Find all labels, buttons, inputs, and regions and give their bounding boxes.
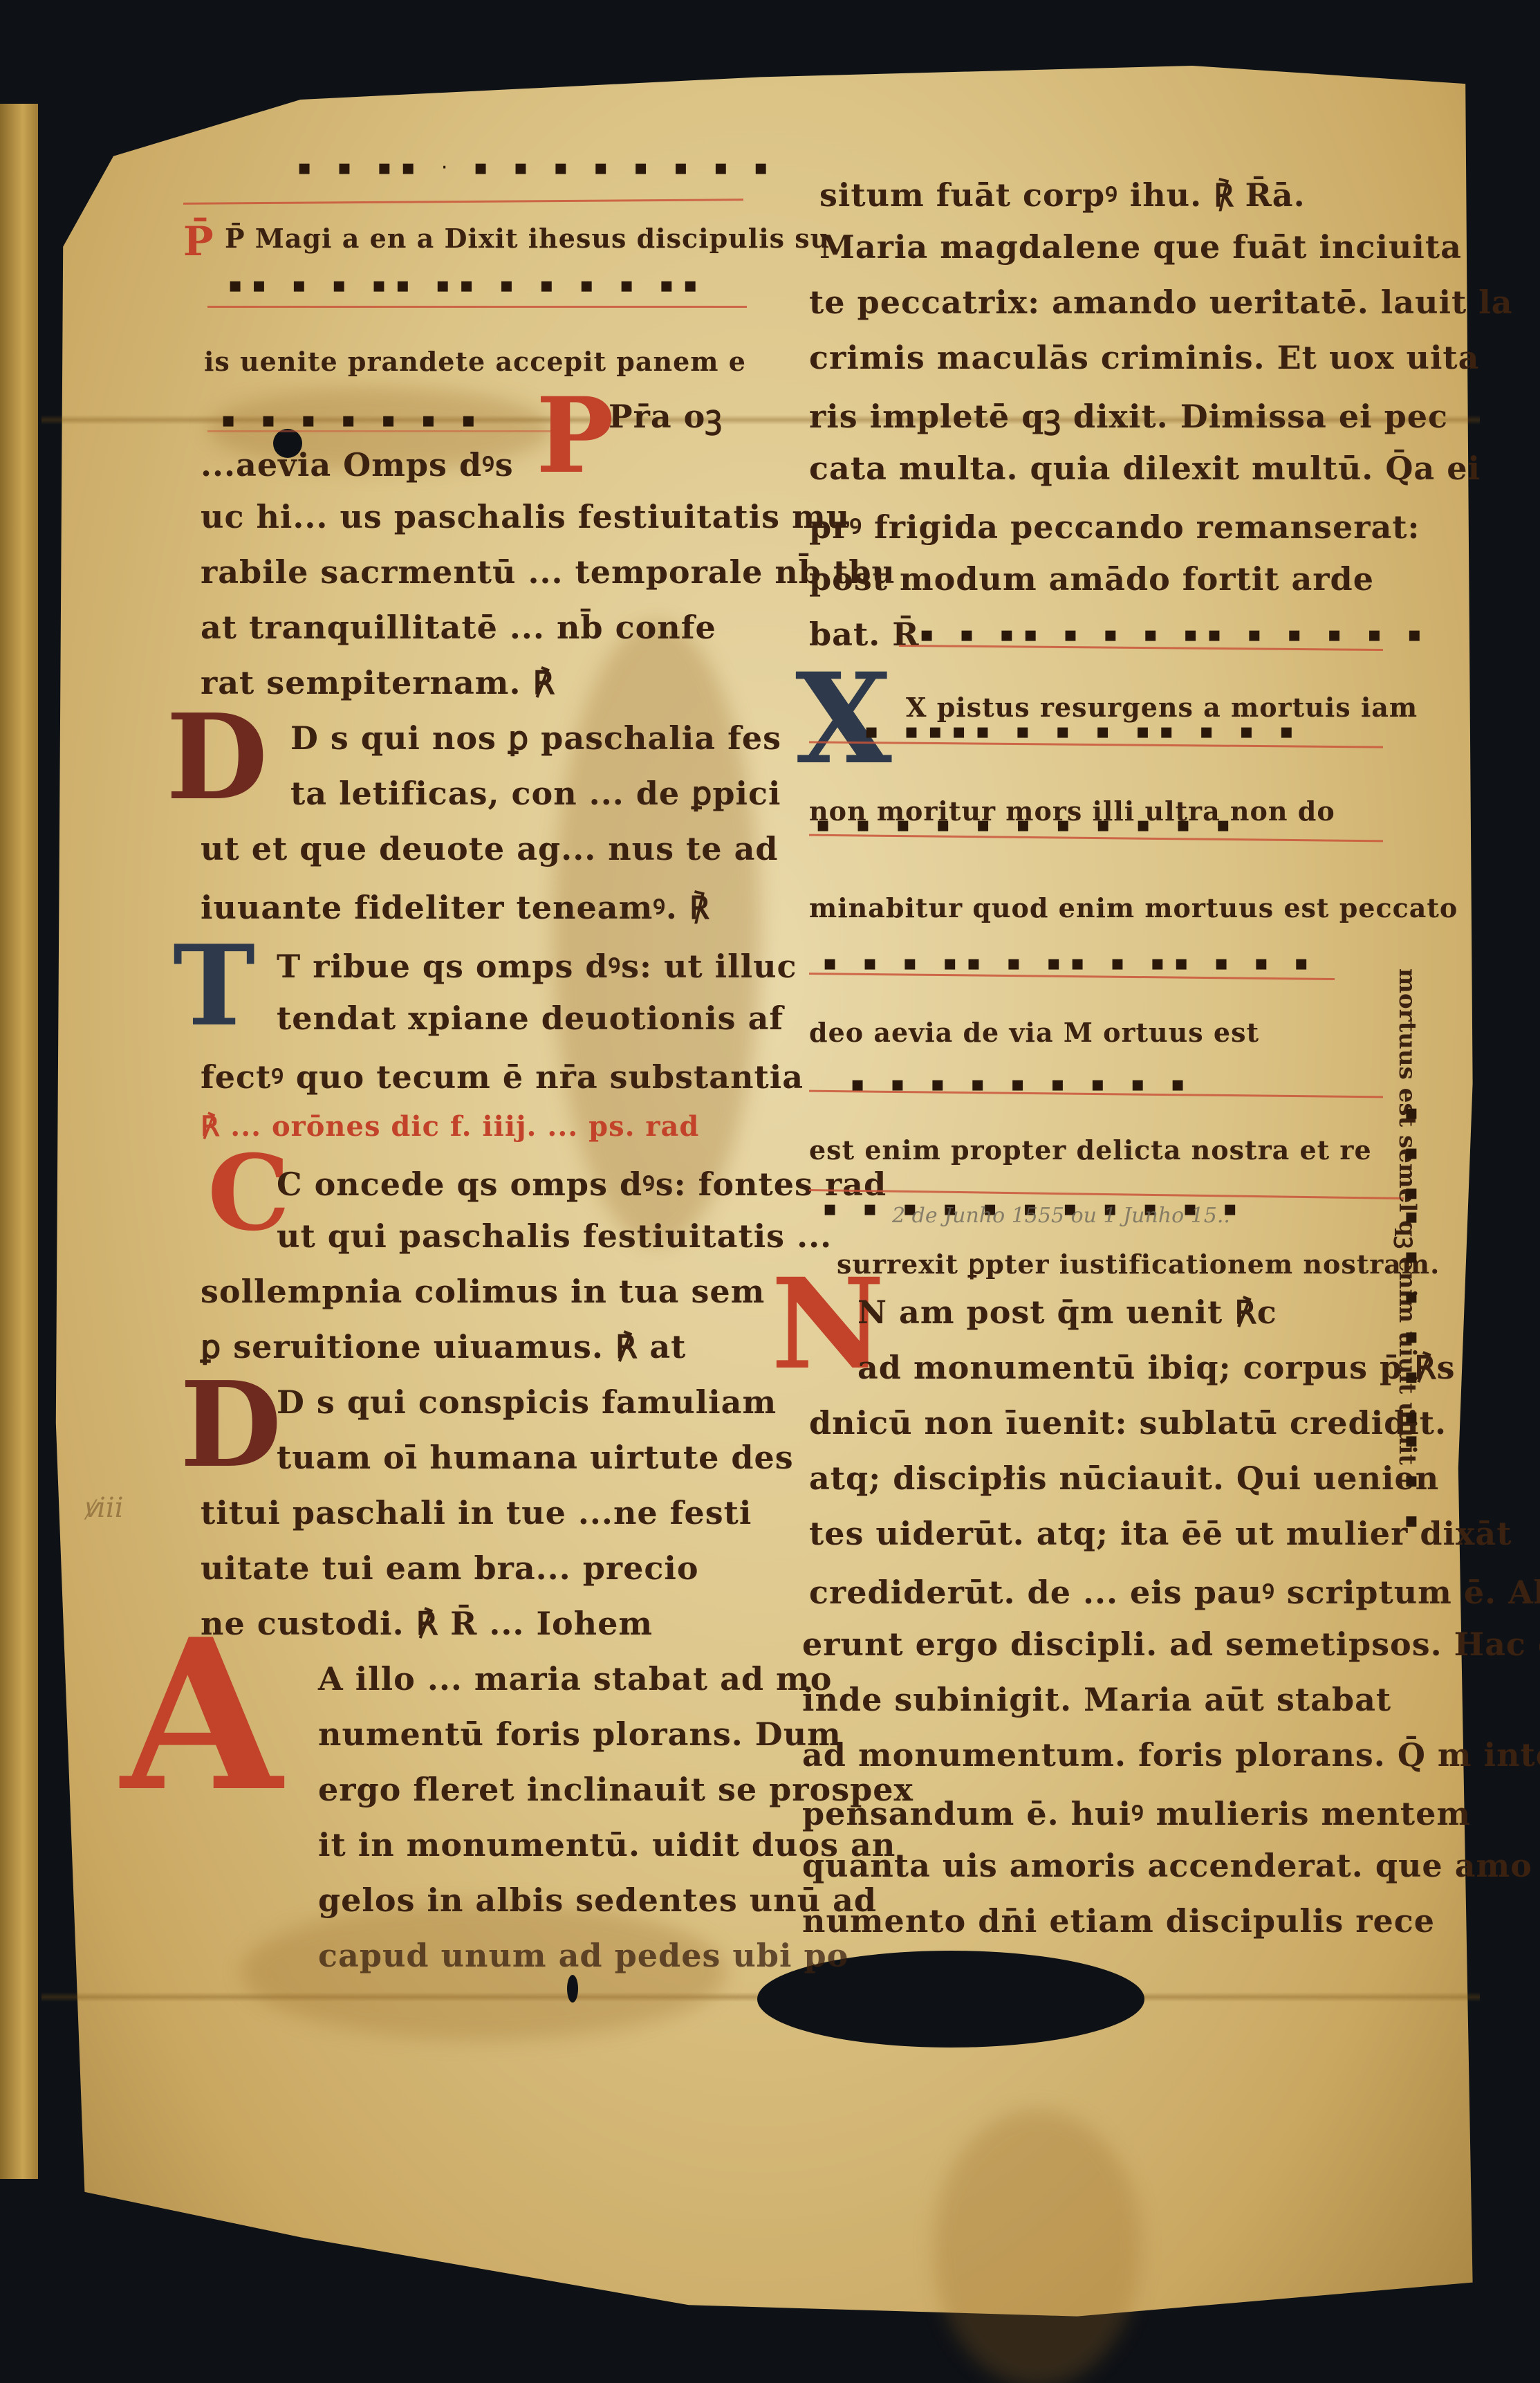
text-line: T ribue qs omps dꝰs: ut illuc xyxy=(277,944,797,987)
neumes: ▪ ▪ ▪ ▪▪ ▪ ▪▪ ▪ ▪▪ ▪ ▪ ▪ xyxy=(823,951,1318,975)
text-line: atq; discipłis nūciauit. Qui uenien xyxy=(809,1460,1439,1497)
water-stain xyxy=(553,623,761,1245)
initial-a-decorated: A xyxy=(121,1612,282,1819)
neumes: ▪ ▪ ▪▪ ▪ ▪ ▪ ▪▪ ▪ ▪ ▪ ▪ ▪ xyxy=(920,623,1431,647)
text-line: quanta uis amoris accenderat. que amo xyxy=(802,1847,1532,1884)
text-line: surrexit ꝑpter iustificationem nostram. xyxy=(837,1249,1440,1280)
adjacent-leaf-edge xyxy=(0,104,38,2179)
text-line: capud unum ad pedes ubi po xyxy=(318,1937,848,1974)
initial-t: T xyxy=(173,930,255,1041)
water-stain xyxy=(934,2110,1141,2383)
text-line: ut et que deuote ag... nus te ad xyxy=(201,830,779,867)
tear xyxy=(567,1975,578,2003)
pencil-annotation: 2 de Junho 1555 ou 1 Junho 15.. xyxy=(892,1204,1230,1228)
text-line: crimis maculās criminis. Et uox uita xyxy=(809,339,1479,376)
text-line: ad monumentū ibiq; corpus p̄ ℟s xyxy=(857,1349,1456,1386)
text-line: D s qui conspicis famuliam xyxy=(277,1383,777,1421)
neumes: ▪ ▪ ▪ ▪ ▪ ▪ ▪ ▪ ▪ xyxy=(851,1072,1194,1096)
text-line: numentū foris plorans. Dum xyxy=(318,1715,842,1753)
text-line: ...aevia Omps dꝰs xyxy=(201,443,514,486)
text-line: titui paschali in tue ...ne festi xyxy=(201,1494,752,1531)
text-line: at tranquillitatē ... nb̄ confe xyxy=(201,609,716,646)
text-line: tuam oī humana uirtute des xyxy=(277,1439,794,1476)
text-line: cata multa. quia dilexit multū. Q̄a ei xyxy=(809,450,1481,487)
text-line: situm fuāt corpꝰ ihu. ℟ R̄ā. xyxy=(819,173,1306,216)
text-line: ut qui paschalis festiuitatis ... xyxy=(277,1217,832,1255)
text-line: tendat xpiane deuotionis af xyxy=(277,1000,783,1037)
text-line: inde subinigit. Maria aūt stabat xyxy=(802,1681,1391,1718)
neumes: ▪ ▪ ▪ ▪ ▪ ▪ ▪ xyxy=(221,408,485,432)
text-line: ad monumentum. foris plorans. Q̄ m inte xyxy=(802,1736,1540,1774)
text-line: Pr̄a oꝫ xyxy=(609,394,723,437)
rubric-initial-p: P̄ xyxy=(183,218,214,265)
text-line: deo aevia de via M ortuus est xyxy=(809,1017,1259,1048)
initial-p: P xyxy=(536,384,614,488)
text-line: N am post q̄m uenit ℟c xyxy=(857,1294,1277,1331)
text-line: ta letificas, con ... de ꝑpici xyxy=(290,775,781,812)
text-line: dnicū non īuenit: sublatū credidit. xyxy=(809,1404,1447,1442)
text-line: X pistus resurgens a mortuis iam xyxy=(906,692,1418,723)
text-line: prꝰ frigida peccando remanserat: xyxy=(809,505,1420,548)
text-line: sollempnia colimus in tua sem xyxy=(201,1273,765,1310)
music-staff-line xyxy=(207,306,747,308)
text-line: Maria magdalene que fuāt inciuita xyxy=(819,228,1462,266)
text-line: C oncede qs omps dꝰs: fontes rad xyxy=(277,1162,887,1205)
text-line: uitate tui eam bra... precio xyxy=(201,1549,699,1587)
text-line: uc hi... us paschalis festiuitatis mu xyxy=(201,498,850,535)
text-line: A illo ... maria stabat ad mo xyxy=(318,1660,832,1697)
text-line: D s qui nos ꝑ paschalia fes xyxy=(290,719,781,757)
text-line: fectꝰ quo tecum ē nr̄a substantia xyxy=(201,1055,804,1098)
neumes: ▪ ▪ ▪▪ · ▪ ▪ ▪ ▪ ▪ ▪ ▪ ▪ xyxy=(297,156,777,180)
text-line: is uenite prandete accepit panem e xyxy=(204,346,746,377)
initial-d: D xyxy=(166,699,268,816)
text-line: minabitur quod enim mortuus est peccato xyxy=(809,892,1458,923)
initial-d-second: D xyxy=(180,1366,281,1484)
text-line: iuuante fideliter teneamꝰ. ℟ xyxy=(201,885,709,928)
text-line: pensandum ē. huiꝰ mulieris mentem xyxy=(802,1792,1471,1834)
neumes: ▪▪ ▪ ▪ ▪▪ ▪▪ ▪ ▪ ▪ ▪ ▪▪ xyxy=(228,273,707,297)
neumes: ▪ ▪▪▪▪ ▪ ▪ ▪ ▪▪ ▪ ▪ ▪ xyxy=(864,719,1304,744)
text-line: est enim propter delicta nostra et re xyxy=(809,1134,1372,1166)
margin-neumes: ▪ ▪ ▪▪ ▪ ▪ ▪ ▪ ▪▪ ▪ ▪ xyxy=(1400,1107,1425,1538)
text-line: numento dn̄i etiam discipulis rece xyxy=(802,1902,1435,1940)
margin-note: ꝟiii xyxy=(83,1487,124,1525)
text-line: P̄ Magi a en a Dixit ihesus discipulis s… xyxy=(225,223,830,254)
text-line: crediderūt. de ... eis pauꝰ scriptum ē. … xyxy=(809,1570,1540,1613)
text-line: rabile sacrmentū ... temporale nb̄ tbu xyxy=(201,553,896,591)
text-line: post modum amādo fortit arde xyxy=(809,560,1374,598)
text-line: gelos in albis sedentes unū ad xyxy=(318,1881,877,1919)
text-line: erunt ergo discipli. ad semetipsos. Hac … xyxy=(802,1626,1540,1663)
text-line: te peccatrix: amando ueritatē. lauit la xyxy=(809,284,1513,321)
text-line: ris impletē qꝫ dixit. Dimissa ei pec xyxy=(809,394,1448,437)
neumes: ▪ ▪ ▪ ▪ ▪ ▪ ▪ ▪ ▪ ▪ ▪ xyxy=(816,813,1240,837)
